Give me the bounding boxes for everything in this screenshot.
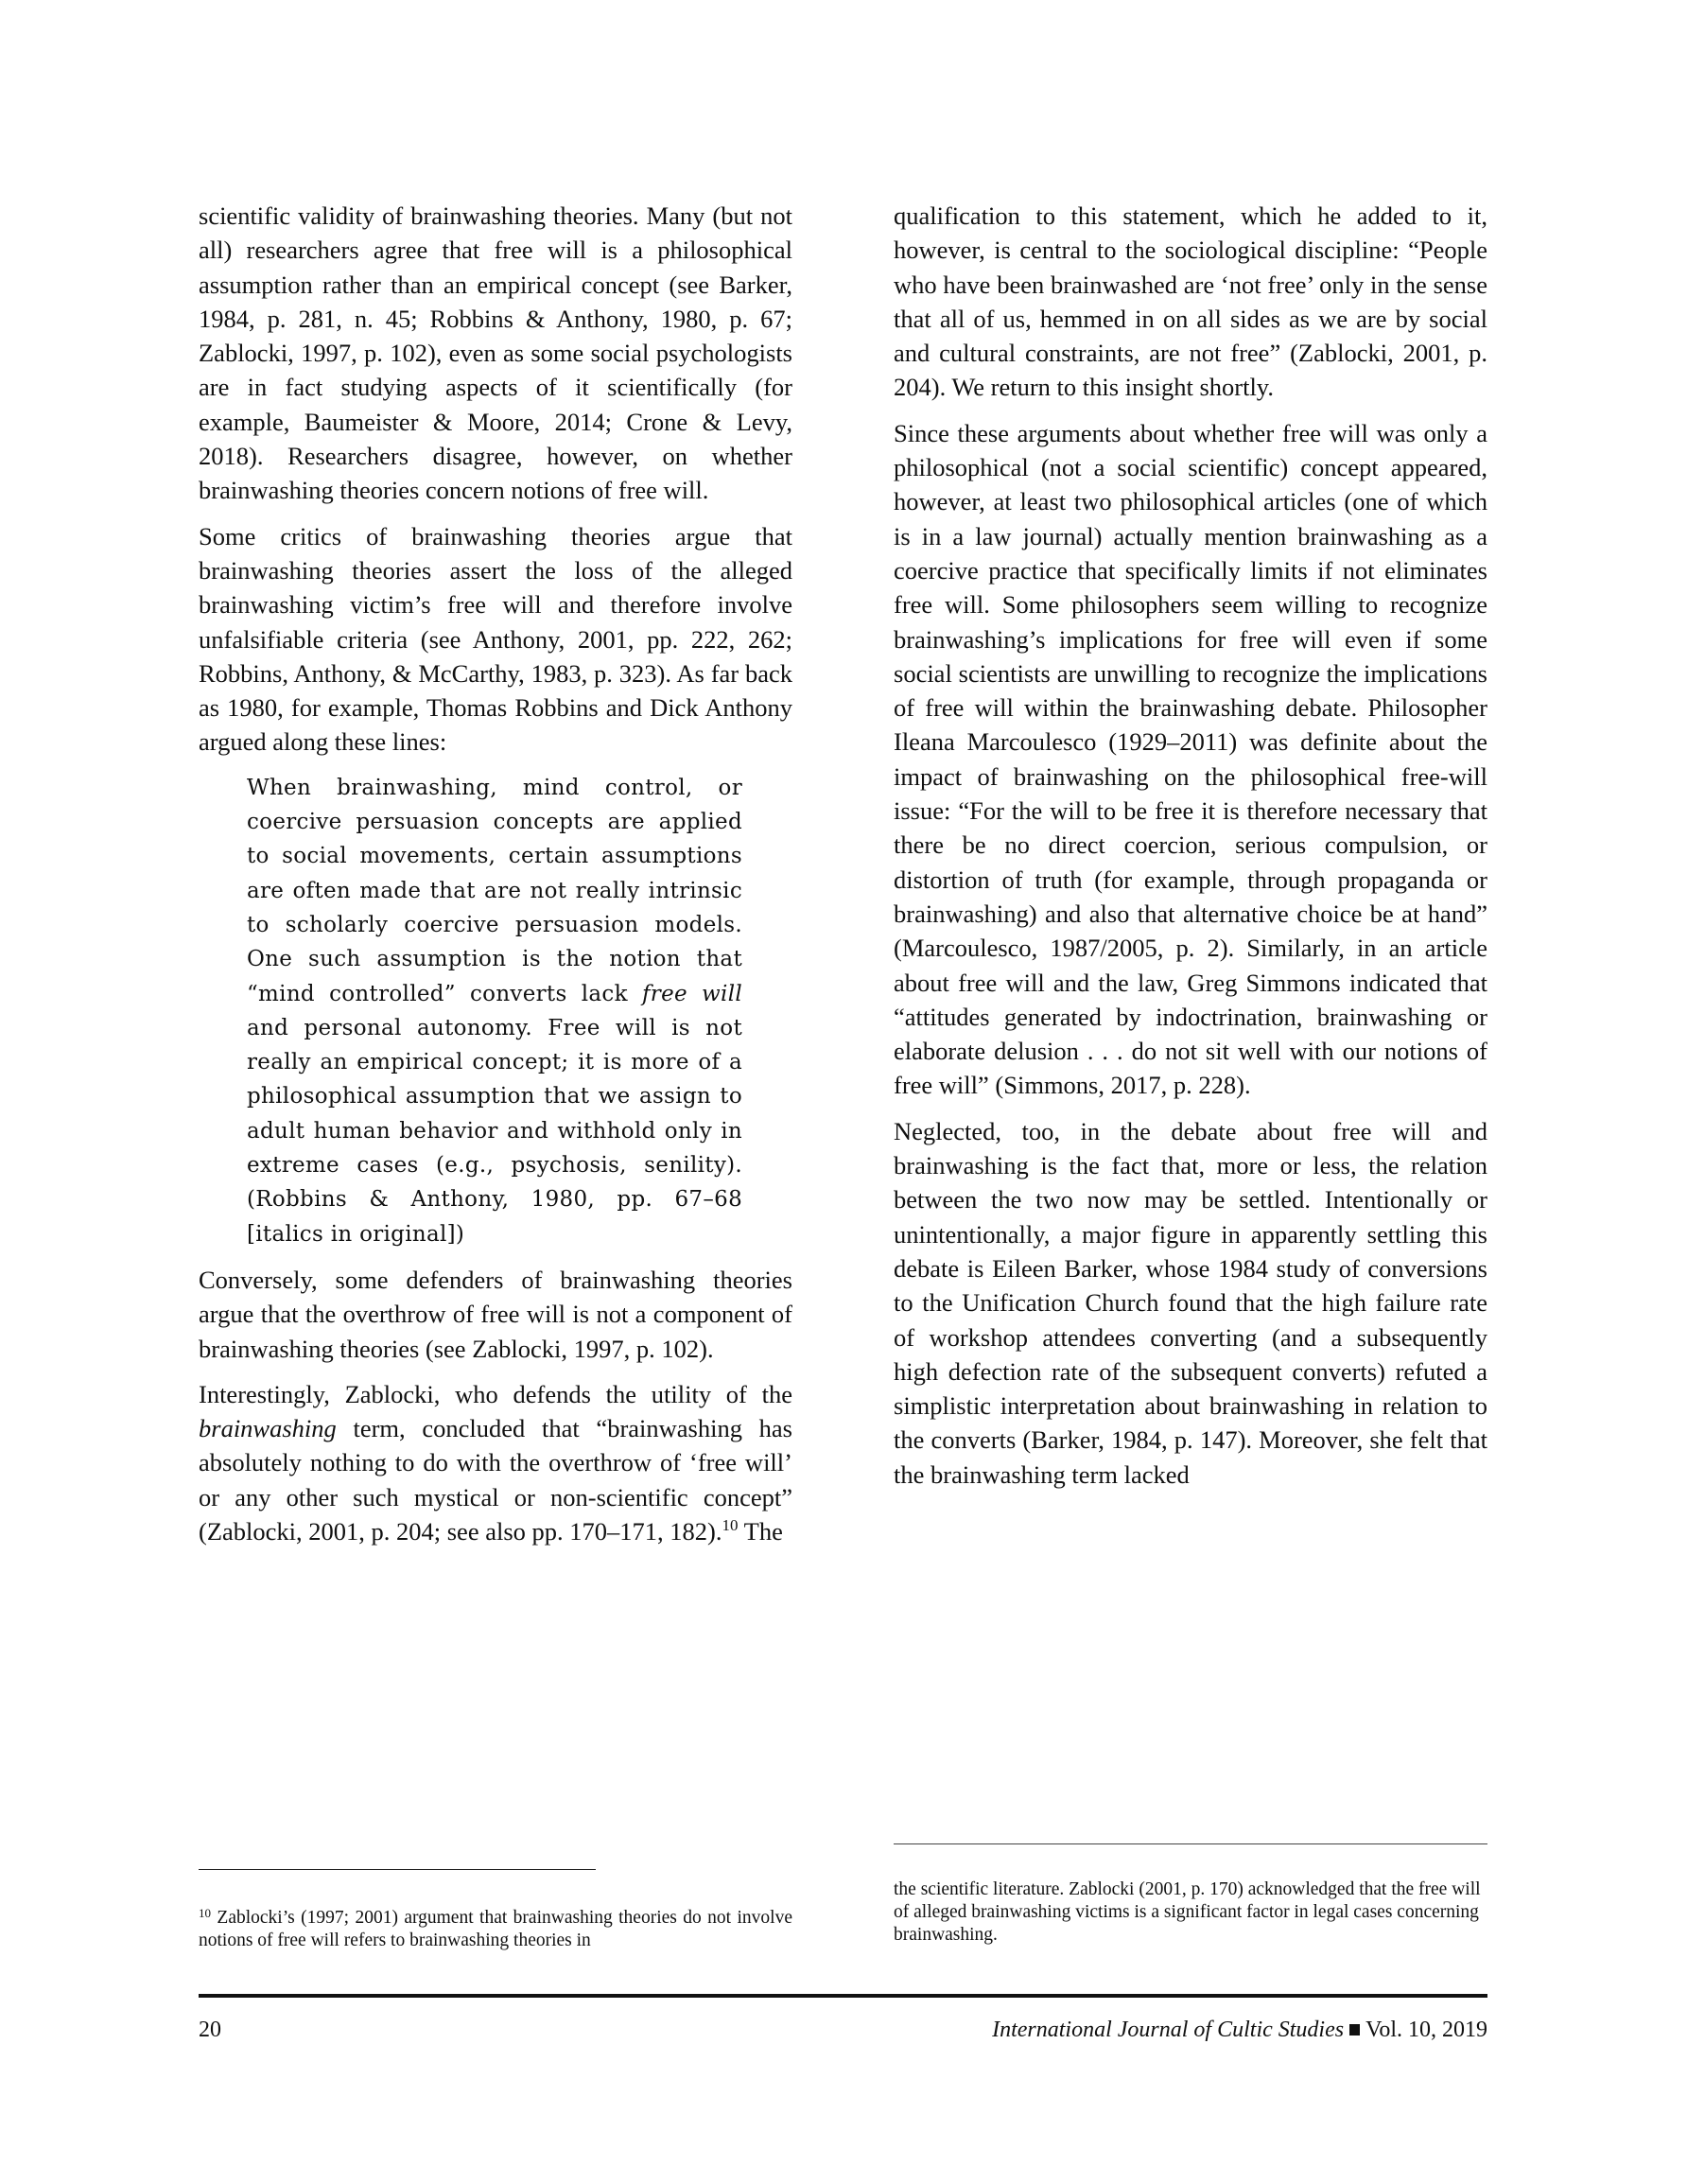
body-paragraph: Interestingly, Zablocki, who defends the…: [199, 1377, 792, 1548]
footer-rule: [199, 1994, 1487, 1998]
page-number: 20: [199, 2016, 221, 2044]
footnote-10: 10 Zablocki’s (1997; 2001) argument that…: [199, 1907, 792, 1952]
paragraph-text: Interestingly, Zablocki, who defends the…: [199, 1380, 792, 1408]
block-quote-text: When brainwashing, mind control, or coer…: [247, 776, 742, 1006]
body-paragraph: Conversely, some defenders of brainwashi…: [199, 1263, 792, 1366]
body-paragraph: Neglected, too, in the debate about free…: [894, 1114, 1487, 1492]
footnote-separator: [199, 1869, 596, 1870]
footnote-marker: 10: [199, 1906, 211, 1920]
journal-citation: International Journal of Cultic StudiesV…: [992, 2016, 1487, 2044]
body-paragraph: scientific validity of brainwashing theo…: [199, 199, 792, 508]
journal-volume: Vol. 10, 2019: [1365, 2018, 1487, 2042]
paragraph-italic-term: brainwashing: [199, 1414, 337, 1442]
footnote-reference[interactable]: 10: [722, 1516, 738, 1534]
body-paragraph: qualification to this statement, which h…: [894, 199, 1487, 405]
footnote-text: Zablocki’s (1997; 2001) argument that br…: [199, 1908, 792, 1950]
page-footer: 20 International Journal of Cultic Studi…: [199, 2016, 1487, 2044]
black-square-icon: [1349, 2024, 1360, 2035]
left-column: scientific validity of brainwashing theo…: [199, 199, 792, 1560]
block-quote: When brainwashing, mind control, or coer…: [247, 771, 742, 1251]
right-column: qualification to this statement, which h…: [894, 199, 1487, 1503]
footnote-separator: [894, 1843, 1487, 1844]
footnote-continuation: the scientific literature. Zablocki (200…: [894, 1878, 1487, 1947]
body-paragraph: Since these arguments about whether free…: [894, 416, 1487, 1103]
body-paragraph: Some critics of brainwashing theories ar…: [199, 519, 792, 760]
paragraph-text: The: [738, 1517, 782, 1546]
block-quote-italic: free will: [642, 982, 742, 1006]
block-quote-text: and personal autonomy. Free will is not …: [247, 1016, 742, 1247]
journal-title: International Journal of Cultic Studies: [992, 2018, 1344, 2042]
